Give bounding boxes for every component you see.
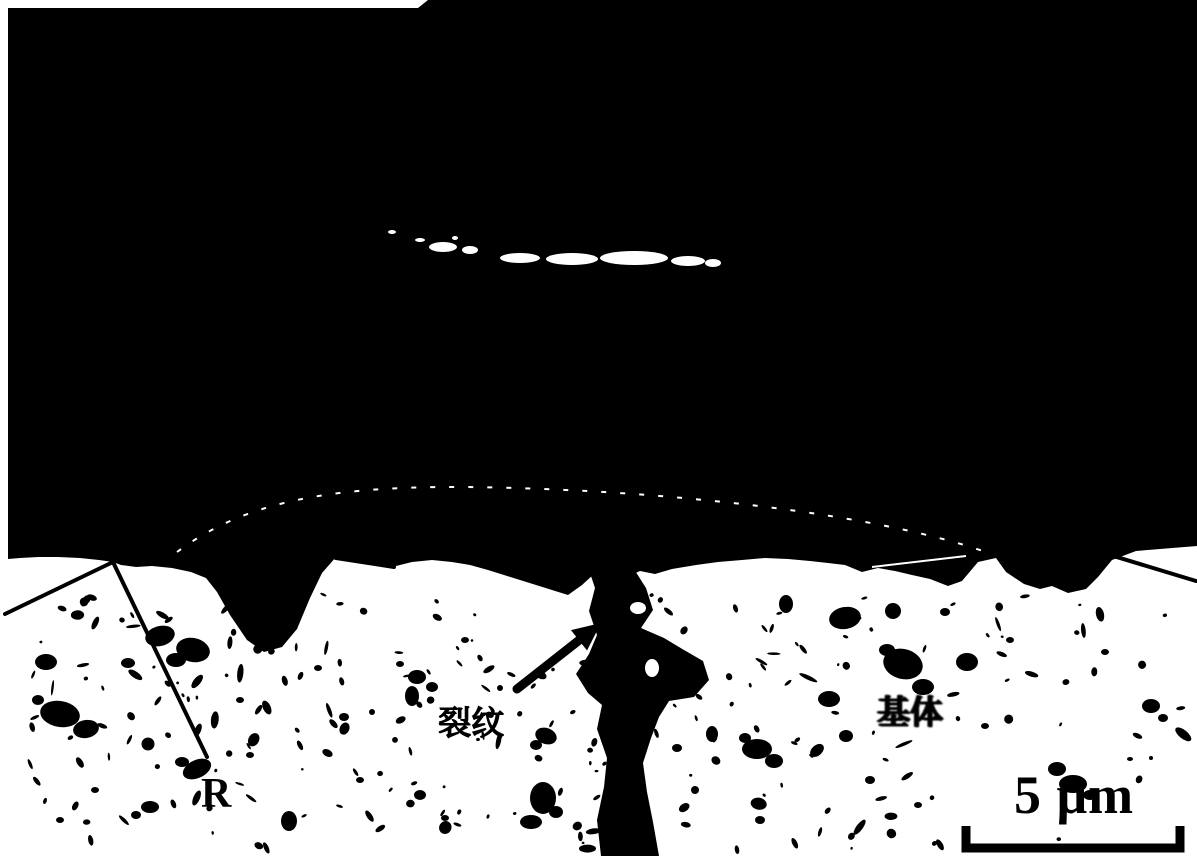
micrograph-canvas	[0, 0, 1197, 856]
coating-highlight	[705, 259, 721, 267]
coating-highlight	[600, 251, 668, 265]
crack-feature	[576, 566, 709, 856]
r-marker-label: R	[201, 770, 231, 818]
coating-highlight	[462, 246, 478, 254]
coating-highlight	[415, 238, 425, 242]
micrograph: 裂纹 基体 R 5 μm	[0, 0, 1197, 856]
scale-bar	[966, 826, 1180, 848]
coating-highlight	[429, 242, 457, 252]
coating-highlight	[388, 230, 396, 234]
scale-bar-label: 5 μm	[1014, 764, 1134, 826]
substrate-label: 基体	[877, 686, 943, 733]
crack-label: 裂纹	[438, 697, 504, 744]
coating-layer	[8, 0, 1197, 652]
coating-highlight	[452, 236, 458, 240]
coating-highlight	[500, 253, 540, 263]
coating-highlight	[671, 256, 705, 266]
coating-highlight	[546, 253, 598, 265]
